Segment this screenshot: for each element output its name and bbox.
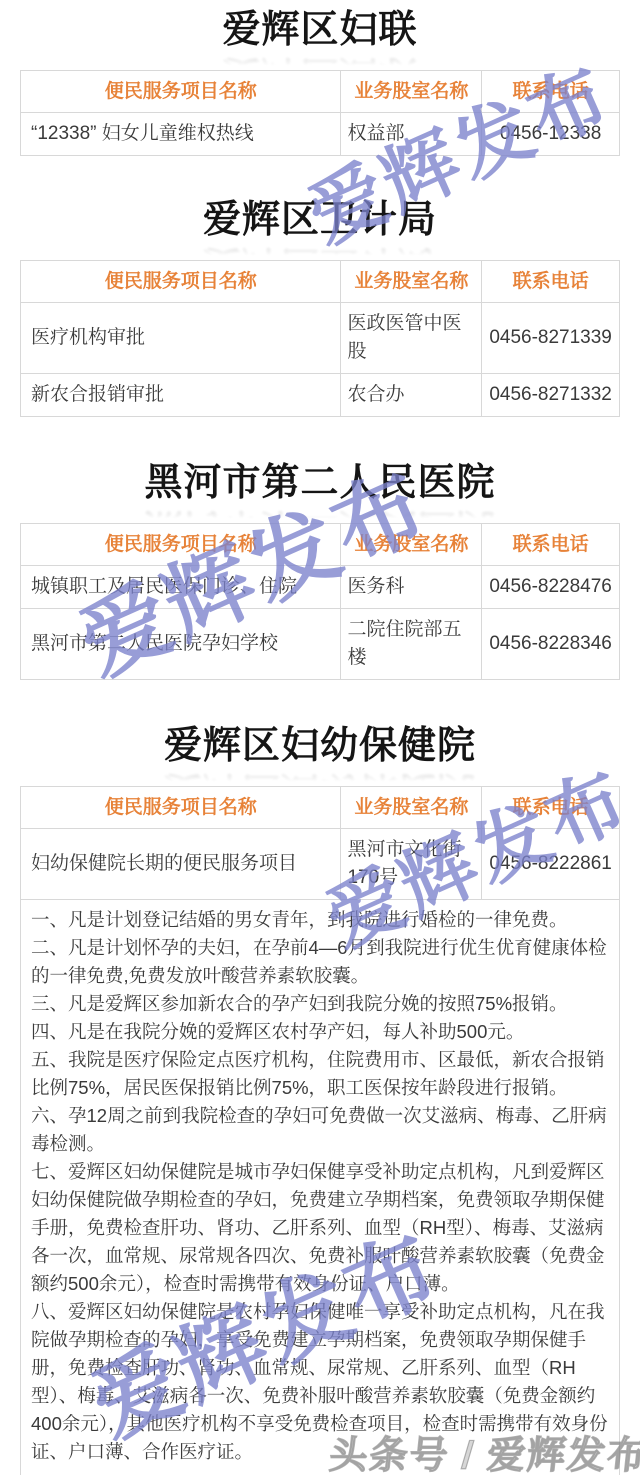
title-reflection: 爱辉区妇联 xyxy=(20,52,620,68)
col-header-dept-name: 业务股室名称 xyxy=(341,261,482,303)
phone-cell: 0456-8228476 xyxy=(482,566,620,609)
table-row: 新农合报销审批 农合办 0456-8271332 xyxy=(21,374,620,417)
title-reflection-text: 黑河市第二人民医院 xyxy=(20,505,620,521)
section-title-fuyou: 爱辉区妇幼保健院 xyxy=(20,724,620,768)
service-table-fulian: 便民服务项目名称 业务股室名称 联系电话 “12338” 妇女儿童维权热线 权益… xyxy=(20,70,620,156)
note-item-5: 五、我院是医疗保险定点医疗机构，住院费用市、区最低，新农合报销比例75%，居民医… xyxy=(31,1046,609,1102)
phone-cell: 0456-12338 xyxy=(482,113,620,156)
service-name-cell: 黑河市第二人民医院孕妇学校 xyxy=(21,609,341,680)
table-header-row: 便民服务项目名称 业务股室名称 联系电话 xyxy=(21,261,620,303)
section-second-hospital: 黑河市第二人民医院 黑河市第二人民医院 便民服务项目名称 业务股室名称 联系电话… xyxy=(20,461,620,680)
table-row: “12338” 妇女儿童维权热线 权益部 0456-12338 xyxy=(21,113,620,156)
service-name-cell: 妇幼保健院长期的便民服务项目 xyxy=(21,829,341,900)
col-header-dept-name: 业务股室名称 xyxy=(341,71,482,113)
service-table-second-hospital: 便民服务项目名称 业务股室名称 联系电话 城镇职工及居民医保门诊、住院 医务科 … xyxy=(20,523,620,680)
title-reflection-text: 爱辉区卫计局 xyxy=(20,242,620,258)
dept-name-cell: 农合办 xyxy=(341,374,482,417)
phone-cell: 0456-8271332 xyxy=(482,374,620,417)
dept-name-cell: 医政医管中医股 xyxy=(341,303,482,374)
note-item-3: 三、凡是爱辉区参加新农合的孕产妇到我院分娩的按照75%报销。 xyxy=(31,990,609,1018)
notes-cell: 一、凡是计划登记结婚的男女青年，到我院进行婚检的一律免费。 二、凡是计划怀孕的夫… xyxy=(21,900,620,1475)
section-fulian: 爱辉区妇联 爱辉区妇联 便民服务项目名称 业务股室名称 联系电话 “12338”… xyxy=(20,0,620,156)
section-weijiju: 爱辉区卫计局 爱辉区卫计局 便民服务项目名称 业务股室名称 联系电话 医疗机构审… xyxy=(20,198,620,417)
section-title-weijiju: 爱辉区卫计局 xyxy=(20,198,620,242)
service-table-weijiju: 便民服务项目名称 业务股室名称 联系电话 医疗机构审批 医政医管中医股 0456… xyxy=(20,260,620,417)
service-name-cell: “12338” 妇女儿童维权热线 xyxy=(21,113,341,156)
col-header-phone: 联系电话 xyxy=(482,787,620,829)
title-reflection-text: 爱辉区妇幼保健院 xyxy=(20,768,620,784)
service-name-cell: 城镇职工及居民医保门诊、住院 xyxy=(21,566,341,609)
note-item-7: 七、爱辉区妇幼保健院是城市孕妇保健享受补助定点机构，凡到爱辉区妇幼保健院做孕期检… xyxy=(31,1158,609,1298)
col-header-phone: 联系电话 xyxy=(482,71,620,113)
table-header-row: 便民服务项目名称 业务股室名称 联系电话 xyxy=(21,524,620,566)
dept-name-cell: 医务科 xyxy=(341,566,482,609)
phone-cell: 0456-8228346 xyxy=(482,609,620,680)
title-reflection: 爱辉区卫计局 xyxy=(20,242,620,258)
section-title-fulian: 爱辉区妇联 xyxy=(20,8,620,52)
dept-name-cell: 权益部 xyxy=(341,113,482,156)
note-item-4: 四、凡是在我院分娩的爱辉区农村孕产妇，每人补助500元。 xyxy=(31,1018,609,1046)
service-name-cell: 医疗机构审批 xyxy=(21,303,341,374)
table-header-row: 便民服务项目名称 业务股室名称 联系电话 xyxy=(21,71,620,113)
table-row: 城镇职工及居民医保门诊、住院 医务科 0456-8228476 xyxy=(21,566,620,609)
section-title-second-hospital: 黑河市第二人民医院 xyxy=(20,461,620,505)
table-header-row: 便民服务项目名称 业务股室名称 联系电话 xyxy=(21,787,620,829)
service-table-fuyou: 便民服务项目名称 业务股室名称 联系电话 妇幼保健院长期的便民服务项目 黑河市文… xyxy=(20,786,620,1475)
col-header-phone: 联系电话 xyxy=(482,261,620,303)
note-item-1: 一、凡是计划登记结婚的男女青年，到我院进行婚检的一律免费。 xyxy=(31,906,609,934)
col-header-dept-name: 业务股室名称 xyxy=(341,787,482,829)
col-header-service-name: 便民服务项目名称 xyxy=(21,71,341,113)
phone-cell: 0456-8271339 xyxy=(482,303,620,374)
phone-cell: 0456-8222861 xyxy=(482,829,620,900)
col-header-dept-name: 业务股室名称 xyxy=(341,524,482,566)
note-item-6: 六、孕12周之前到我院检查的孕妇可免费做一次艾滋病、梅毒、乙肝病毒检测。 xyxy=(31,1102,609,1158)
service-name-cell: 新农合报销审批 xyxy=(21,374,341,417)
table-row: 医疗机构审批 医政医管中医股 0456-8271339 xyxy=(21,303,620,374)
section-fuyou-baojianyuan: 爱辉区妇幼保健院 爱辉区妇幼保健院 便民服务项目名称 业务股室名称 联系电话 妇… xyxy=(20,724,620,1475)
col-header-service-name: 便民服务项目名称 xyxy=(21,261,341,303)
dept-name-cell: 黑河市文化街170号 xyxy=(341,829,482,900)
title-reflection: 爱辉区妇幼保健院 xyxy=(20,768,620,784)
col-header-service-name: 便民服务项目名称 xyxy=(21,524,341,566)
table-row: 妇幼保健院长期的便民服务项目 黑河市文化街170号 0456-8222861 xyxy=(21,829,620,900)
article-page: 爱辉区妇联 爱辉区妇联 便民服务项目名称 业务股室名称 联系电话 “12338”… xyxy=(0,0,640,1475)
dept-name-cell: 二院住院部五楼 xyxy=(341,609,482,680)
note-item-2: 二、凡是计划怀孕的夫妇，在孕前4—6月到我院进行优生优育健康体检的一律免费,免费… xyxy=(31,934,609,990)
note-item-8: 八、爱辉区妇幼保健院是农村孕妇保健唯一享受补助定点机构，凡在我院做孕期检查的孕妇… xyxy=(31,1298,609,1466)
title-reflection: 黑河市第二人民医院 xyxy=(20,505,620,521)
table-row-notes: 一、凡是计划登记结婚的男女青年，到我院进行婚检的一律免费。 二、凡是计划怀孕的夫… xyxy=(21,900,620,1475)
title-reflection-text: 爱辉区妇联 xyxy=(20,52,620,68)
col-header-service-name: 便民服务项目名称 xyxy=(21,787,341,829)
col-header-phone: 联系电话 xyxy=(482,524,620,566)
table-row: 黑河市第二人民医院孕妇学校 二院住院部五楼 0456-8228346 xyxy=(21,609,620,680)
